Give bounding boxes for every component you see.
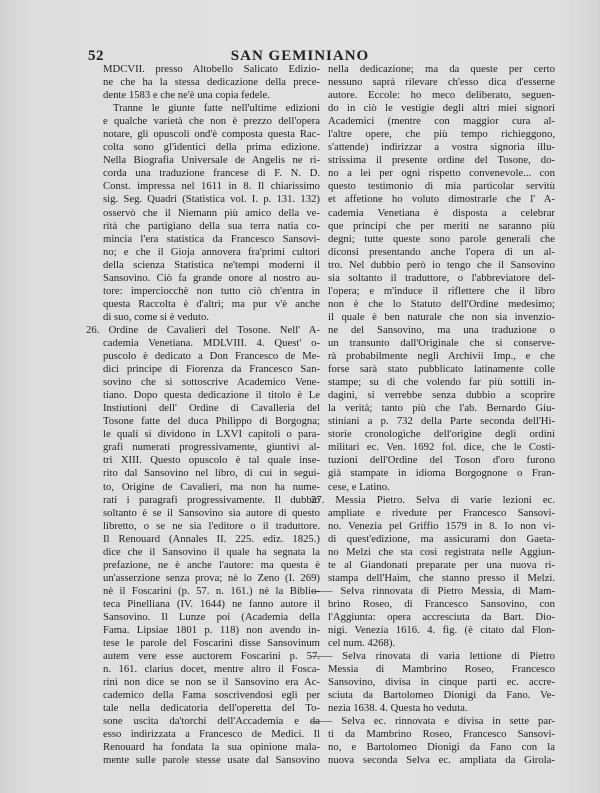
text-line: stampe; su di che volendo far più sottil… xyxy=(328,376,555,389)
text-line: puscolo è dedicato a Don Francesco de Me… xyxy=(103,350,320,363)
book-page: 52 SAN GEMINIANO MDCVII. presso Altobell… xyxy=(0,0,600,793)
text-line: rità che partigiano della sua terra nati… xyxy=(103,220,320,233)
text-line: Sansovino. Il Lunze poi (Academia della xyxy=(103,611,320,624)
text-line: mente sulle parole stesse usate dal Sans… xyxy=(103,754,320,767)
text-line: Renouard ha fondata la sua opinione mala… xyxy=(103,741,320,754)
text-line: 27. Messia Pietro. Selva di varie lezion… xyxy=(311,494,555,507)
text-line: no Melzi che sta così registrata nelle A… xyxy=(328,546,555,559)
text-line: no. Venezia pel Griffio 1579 in 8. Io no… xyxy=(328,520,555,533)
text-line: cademico della Fama soscrivendosi egli p… xyxy=(103,689,320,702)
text-line: non è che lo Statuto dell'Ordine medesim… xyxy=(328,298,555,311)
text-line: della scienza Statistica ne'tempi modern… xyxy=(103,259,320,272)
text-line: Il Renouard (Annales II. 225. ediz. 1825… xyxy=(103,533,320,546)
text-line: brino Roseo, di Francesco Sansovino, con xyxy=(328,598,555,611)
text-line: diconsi presentando anche l'opera di un … xyxy=(328,246,555,259)
text-line: sia soltanto il traduttore, o l'abbrevia… xyxy=(328,272,555,285)
text-line: —— Selva rinnovata di Pietro Messia, di … xyxy=(311,585,555,598)
text-line: no a lei per ogni rispetto convenevole..… xyxy=(328,167,555,180)
text-line: prefazione, ne è anche l'autore: ma ques… xyxy=(103,559,320,572)
text-line: teca Pinelliana (IV. 1644) ne fanno auto… xyxy=(103,598,320,611)
text-line: no, e Bartolomeo Dionigi da Fano con la xyxy=(328,741,555,754)
text-line: un'asserzione senza prova; nè lo Zeno (I… xyxy=(103,572,320,585)
text-line: libretto, o se ne sia l'editore o il tra… xyxy=(103,520,320,533)
text-line: Tosone fatte del duca Philippo di Borgog… xyxy=(103,415,320,428)
text-line: l'Aggiunta: opera accresciuta da Bart. D… xyxy=(328,611,555,624)
text-line: Tranne le giunte fatte nell'ultime edizi… xyxy=(103,102,320,115)
text-line: Sansovino, divisa in cinque parti ec. ac… xyxy=(328,676,555,689)
text-line: rati i paragrafi progressivamente. Il du… xyxy=(103,494,320,507)
left-column: MDCVII. presso Altobello Salicato Edizio… xyxy=(103,63,320,768)
text-line: il quale è ben naturale che non sia inve… xyxy=(328,311,555,324)
text-line: rito dal Sansovino nel libro, di cui in … xyxy=(103,467,320,480)
text-line: Fama. Lipsiae 1801 p. 118) non avendo in… xyxy=(103,624,320,637)
text-line: Nella Biografia Universale de Angelis ne… xyxy=(103,154,320,167)
text-line: già stampate in idioma Borgognone o Fran… xyxy=(328,467,555,480)
text-line: nezia 1638. 4. Questa ho veduta. xyxy=(328,702,555,715)
text-line: que principi che per meriti ne saranno p… xyxy=(328,220,555,233)
text-line: cel num. 4268). xyxy=(328,637,555,650)
text-line: nè il Foscarini (p. 57. n. 161.) nè la B… xyxy=(103,585,320,598)
text-line: dagini, si verrebbe senza dubbio a scopr… xyxy=(328,389,555,402)
text-line: questo testimonio di mia particolar serv… xyxy=(328,180,555,193)
text-line: —— Selva rinovata di varia lettione di P… xyxy=(311,650,555,663)
text-line: rà probabilmente negli Archivii Imp., e … xyxy=(328,350,555,363)
text-line: l'altre opere, che più tempo richieggono… xyxy=(328,128,555,141)
text-line: esso indirizzata a Francesco de Medici. … xyxy=(103,728,320,741)
text-line: Const. impressa nel 1611 in 8. Il chiari… xyxy=(103,180,320,193)
text-line: ti da Mambrino Roseo, Francesco Sansovi- xyxy=(328,728,555,741)
text-line: strissima il presente ordine del Tosone,… xyxy=(328,154,555,167)
text-line: do in ciò le vestigie degli altri miei s… xyxy=(328,102,555,115)
text-line: ne del Sansovino, ma una traduzione o xyxy=(328,324,555,337)
text-line: corda una traduzione francese di F. N. D… xyxy=(103,167,320,180)
text-line: te al Giandonati preparate per una nuova… xyxy=(328,559,555,572)
text-line: grafi numerati progressivamente, giuntiv… xyxy=(103,441,320,454)
right-column: nella dedicazione; ma da queste per cert… xyxy=(328,63,555,768)
text-line: cademia Venetiana è disposta a celebrar xyxy=(328,207,555,220)
text-line: autore. Eccole: ho meco deliberato, segu… xyxy=(328,89,555,102)
text-line: sciuta da Bartolomeo Dionigi da Fano. Ve… xyxy=(328,689,555,702)
text-line: sone uscita da'torchi dell'Accademia e d… xyxy=(103,715,320,728)
text-line: Messia di Mambrino Roseo, Francesco xyxy=(328,663,555,676)
text-line: sovino che si sottoscrive Academico Vene… xyxy=(103,376,320,389)
text-line: nigi. Venezia 1616. 4. fig. (è citato da… xyxy=(328,624,555,637)
text-line: le quali si dividono in LXVI capitoli o … xyxy=(103,428,320,441)
text-line: militari ec. Ven. 1692 fol. dice, che le… xyxy=(328,441,555,454)
text-line: forse sarà stato pubblicato latinamente … xyxy=(328,363,555,376)
text-line: nessuno saprà rilevare ch'esso dica d'es… xyxy=(328,76,555,89)
text-line: tiano. Dopo questa dedicazione il titolo… xyxy=(103,389,320,402)
text-line: tri XIII. Questo opuscolo è tal quale in… xyxy=(103,454,320,467)
text-line: to, Origine de Cavalieri, ma non ha nume… xyxy=(103,481,320,494)
text-line: et affetione ho voluto dimostrarle che l… xyxy=(328,193,555,206)
text-line: storie cronologiche dell'origine degli o… xyxy=(328,428,555,441)
text-line: stiniani a p. 732 della Parte seconda de… xyxy=(328,415,555,428)
text-line: colta sono gl'identici della prima edizi… xyxy=(103,141,320,154)
text-line: osservò che il Niemann più amico della v… xyxy=(103,207,320,220)
text-line: 26. Ordine de Cavalieri del Tosone. Nell… xyxy=(86,324,320,337)
text-line: soltanto è se il Sansovino sia autore di… xyxy=(103,507,320,520)
text-line: Instiutioni dell' Ordine di Cavalleria d… xyxy=(103,402,320,415)
text-line: questa Raccolta è d'altri; ma pur v'è an… xyxy=(103,298,320,311)
text-line: autem vere esse auctorem Foscarini p. 57… xyxy=(103,650,320,663)
text-line: Sansovino. Ciò fa grande onore al nostro… xyxy=(103,272,320,285)
text-line: tale nella dedicatoria dell'operetta del… xyxy=(103,702,320,715)
text-line: sig. Seg. Quadri (Statistica vol. I. p. … xyxy=(103,193,320,206)
text-line: tuzioni dell'Ordine del Toson d'oro furo… xyxy=(328,454,555,467)
text-line: tore: imperciocchè non tutto ciò ch'entr… xyxy=(103,285,320,298)
text-line: di suo, come si è veduto. xyxy=(103,311,320,324)
text-line: notare, gli opuscoli ond'è composta ques… xyxy=(103,128,320,141)
text-line: Academici (mentre con maggior cura al- xyxy=(328,115,555,128)
text-line: nuova seconda Selva ec. ampliata da Giro… xyxy=(328,754,555,767)
text-line: di quest'edizione, ma assicurami don Gae… xyxy=(328,533,555,546)
text-line: MDCVII. presso Altobello Salicato Edizio… xyxy=(103,63,320,76)
text-line: dice che il Sansovino il quale ha segnat… xyxy=(103,546,320,559)
text-line: un transunto dall'Originale che si conse… xyxy=(328,337,555,350)
text-line: ampliate e rivedute per Francesco Sansov… xyxy=(328,507,555,520)
text-line: tese le parole del Foscarini disse Sanso… xyxy=(103,637,320,650)
text-line: mincia l'era statistica da Francesco San… xyxy=(103,233,320,246)
text-line: dici principe di Fiorenza da Francesco S… xyxy=(103,363,320,376)
text-line: no; e che il Gioja annovera fra'primi cu… xyxy=(103,246,320,259)
text-line: ne che ha la stessa dedicazione della pr… xyxy=(103,76,320,89)
text-line: s'attende) indirizzar a vostra signoria … xyxy=(328,141,555,154)
text-line: rini non dice se non se il Sansovino era… xyxy=(103,676,320,689)
text-line: cese, e Latino. xyxy=(328,481,555,494)
text-line: la verità; tanto più che l'ab. Bernardo … xyxy=(328,402,555,415)
text-line: n. 161. clarius docet, mentre altro il F… xyxy=(103,663,320,676)
text-line: l'opera; e m'induce il riflettere che il… xyxy=(328,285,555,298)
text-line: tro. Nel dubbio però io tengo che il San… xyxy=(328,259,555,272)
text-line: nella dedicazione; ma da queste per cert… xyxy=(328,63,555,76)
text-line: dente 1583 e che ne'è una copia fedele. xyxy=(103,89,320,102)
text-line: cademia Venetiana. MDLVIII. 4. Quest' o- xyxy=(103,337,320,350)
text-line: degni; tutte queste sono parole generali… xyxy=(328,233,555,246)
text-line: e qualche varietà che non è prezzo dell'… xyxy=(103,115,320,128)
text-line: stampa dell'Haim, che stanno presso il M… xyxy=(328,572,555,585)
text-line: —— Selva ec. rinnovata e divisa in sette… xyxy=(311,715,555,728)
